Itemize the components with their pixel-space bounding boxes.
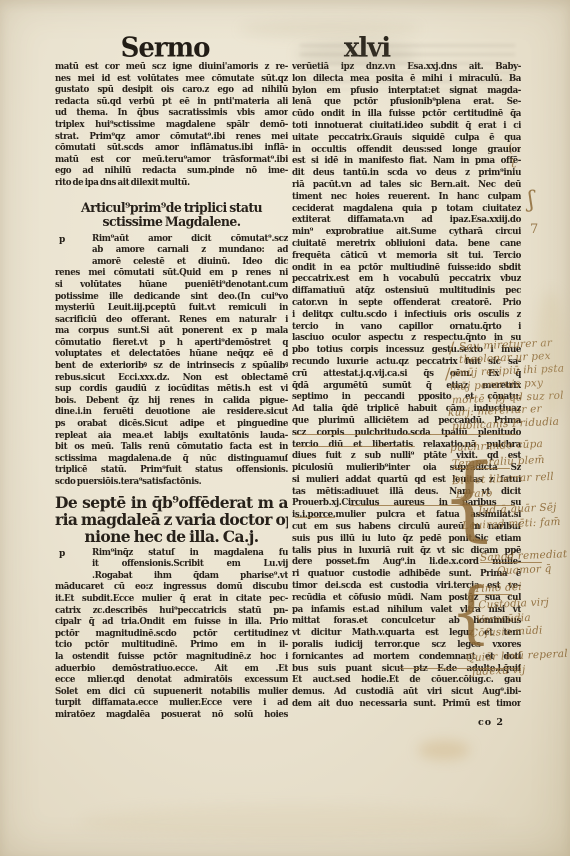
- marginalia-line: judexū vij: [472, 665, 526, 678]
- marginalia-line: Quamor q̄: [497, 564, 552, 577]
- ink-mark: ʅ: [510, 154, 516, 168]
- text-line: ab amore carnali z mundano: ad: [55, 245, 288, 257]
- text-line: tercio in vano capillor ornatu.q̄rto i: [292, 321, 521, 333]
- text-line: min⁹ exprobratiue ait.Sume cytharā circu…: [292, 227, 521, 239]
- text-line: ego ad nihilū redacta sum.pinde nō ime-: [55, 166, 288, 178]
- marginalia-line: Quiūr lexū reperal: [466, 649, 568, 664]
- heading-line: De septē in q̄b⁹offēderat m a: [55, 493, 288, 511]
- text-line: ceciderat magdalena quia p totam ciuitat…: [292, 203, 521, 215]
- text-line: gustato spū desipit ois caro.z ego ad ni…: [55, 85, 288, 97]
- text-line: it.Et subdit.Ecce mulier q̄ erat in cita…: [55, 594, 288, 606]
- text-line: repleat aia mea.et labijs exultatōnis la…: [55, 430, 288, 442]
- text-line: la ostendit fuisse pctōr magnitudinē.z h…: [55, 652, 288, 664]
- text-line: nes mei id est volūtates mee cōmutate sū…: [55, 73, 288, 85]
- text-line: dine.i.in feruēti deuotione aie residere…: [55, 407, 288, 419]
- text-line: demus. Ad custodiā aūt viri sicut Aug⁹.i…: [292, 687, 521, 699]
- book-page: Sermo xlvi matū est cor meū scz igne diu…: [0, 0, 570, 856]
- heading-line: nione hec de illa. Ca.j.: [55, 527, 288, 545]
- paper-stain: [240, 20, 420, 38]
- ink-mark: {: [440, 444, 499, 551]
- paper-stain: [80, 805, 500, 839]
- text-line: scdo puersiōis.tera⁹satisfactōnis.: [55, 477, 288, 489]
- heading-line: Articul⁹prim⁹de triplici statu: [55, 200, 288, 215]
- text-line: strat. Prim⁹qz amor cōmutat⁹.ibi renes m…: [55, 131, 288, 143]
- text-line: i delitqx cultu.scdo i infectiuis oris o…: [292, 309, 521, 321]
- ink-mark: {: [450, 574, 492, 651]
- chapter-heading-articulus: Articul⁹prim⁹de triplici statusctissime …: [55, 201, 288, 230]
- text-line: it offensionis.Scribit em Lu.vij: [55, 559, 288, 571]
- text-line: triplicē statū. Prim⁹fuit status offensi…: [55, 465, 288, 477]
- text-line: aduerbio demōstratiuo.ecce. Ait em .Et: [55, 663, 288, 675]
- text-line: cūdo ondit in illa fuisse pctōr certitud…: [292, 109, 521, 121]
- text-line: toti innotuerat ciuitati.ideo subdit q̄ …: [292, 121, 521, 133]
- text-line: cator.vn in septe offenderat creatorē. P…: [292, 298, 521, 310]
- text-line: voluptates et delectatōes hūane neq̄qz e…: [55, 349, 288, 361]
- text-line: dit deus tantū.in scda vo deus z prim⁹in…: [292, 168, 521, 180]
- marginalia-line: publicanis Fridudia: [452, 417, 560, 433]
- text-line: extiterat diffamata.vn ad ipaz.Esa.xxiij…: [292, 215, 521, 227]
- text-line: renes mei cōmutati sūt.Quid em p renes n…: [55, 268, 288, 280]
- text-line: bent de exterioribꝰ sz de intrinsecis z …: [55, 361, 288, 373]
- text-line: ma corpus sunt.Si aūt ponerent ex p mala: [55, 326, 288, 338]
- text-line: matū est cor meū scz igne diuini'amoris …: [55, 62, 288, 74]
- text-line: dem ait duo necessaria sunt. Primū est t…: [292, 699, 521, 711]
- left-intro-paragraph: matū est cor meū scz igne diuini'amoris …: [55, 62, 288, 190]
- paper-stain: [536, 290, 566, 420]
- text-line: timent nec hoies reuerent. In hanc culpa…: [292, 192, 521, 204]
- heading-line: ria magdaleā z varia doctor opi: [55, 510, 288, 528]
- text-line: potissime ille dedicande sint deo.(In cu…: [55, 291, 288, 303]
- text-line: sacrificiū deo offerant. Renes em natura…: [55, 314, 288, 326]
- text-line: diffamatiuū atq̄z ostensiuū multitudinis…: [292, 286, 521, 298]
- text-line: mysteriū Leuit.iij.pceptū fuit.vt remicu…: [55, 303, 288, 315]
- text-line: rebus.sicut Ecci.xxx.dz. Non est oblecta…: [55, 372, 288, 384]
- ink-mark: ʃ: [528, 188, 534, 213]
- paragraph-secundus: p Rim⁹inq̄z statuſ in magdalena fuit off…: [55, 548, 288, 722]
- text-line: ecce mlier.qd denotat admiratōis excessu…: [55, 675, 288, 687]
- text-line: lenā que pctōr pfusionib⁹plena erat. Se-: [292, 97, 521, 109]
- text-line: catrix zc.describēs hui⁹peccatricis stat…: [55, 605, 288, 617]
- text-line: ud thema. In q̄bus sacratissimis vbis am…: [55, 108, 288, 120]
- text-line: Rim⁹aūt amor dicit cōmutat⁹.scz: [55, 233, 288, 245]
- paragraph-primus: p Rim⁹aūt amor dicit cōmutat⁹.sczab amor…: [55, 234, 288, 489]
- heading-line: sctissime Magdalene.: [55, 215, 288, 230]
- text-line: sup cordis gaudiū z iocūditas mētis.h es…: [55, 384, 288, 396]
- text-line: cipalr q̄ ad tria.Ondit em fuisse in ill…: [55, 617, 288, 629]
- ink-mark: /: [449, 338, 454, 357]
- text-line: amorē celestē et diuinū. Ideo dic: [55, 256, 288, 268]
- chapter-heading-de-septem: De septē in q̄b⁹offēderat m aria magdale…: [55, 494, 288, 545]
- text-line: bit os meū. Talis renū cōmutatio facta e…: [55, 442, 288, 454]
- text-line: rito de ipa dns ait dilexit multū.: [55, 178, 288, 190]
- text-line: frequēta cāticū vt memoria sit tui. Terc…: [292, 251, 521, 263]
- text-line: tcio pctōr multitudinē. Primo em in il-: [55, 640, 288, 652]
- text-line: riā pacūt.vn ad tales sic Bern.ait. Nec …: [292, 180, 521, 192]
- text-line: ciuitatē meretrix obliuioni data. bene c…: [292, 239, 521, 251]
- text-line: Rim⁹inq̄z statuſ in magdalena fu: [55, 547, 288, 559]
- running-head-left: Sermo: [55, 32, 275, 64]
- text-line: est si idē in manifesto fiat. Nam in pma…: [292, 156, 521, 168]
- text-line: Solet em dici cū supuenerit notabilis mu…: [55, 686, 288, 698]
- left-column: matū est cor meū scz igne diuini'amoris …: [55, 62, 288, 722]
- text-line: ps orabat dicēs.Sicut adipe et pinguedin…: [55, 419, 288, 431]
- text-line: uitate peccatrix.Grauis siquidē culpa ē …: [292, 133, 521, 145]
- ink-mark: (: [508, 141, 513, 155]
- paper-stain: [296, 42, 416, 66]
- text-line: si volūtates hūane pueniēti⁹denotant.cum: [55, 280, 288, 292]
- text-line: triplex hui⁹sctissime magdalene spālr de…: [55, 120, 288, 132]
- paper-stain: [418, 740, 470, 760]
- text-line: cōmutati sūt.scds amor inflāmatus.ibi in…: [55, 143, 288, 155]
- text-line: peccatrix.est em h vocabulū peccatrix vb…: [292, 274, 521, 286]
- text-line: matū est cor meū.teru⁹amor trāsformat⁹.i…: [55, 155, 288, 167]
- quire-signature: co 2: [478, 717, 504, 728]
- text-line: lon dilecta mea posita ē mihi i miraculū…: [292, 74, 521, 86]
- ink-mark: 7: [530, 222, 538, 237]
- text-line: ondit in ea pctōr multiudinē fuisse:ido …: [292, 262, 521, 274]
- text-line: miratōez magdalēa posuerat nō solū hoies: [55, 710, 288, 722]
- text-line: pctōr magnitudinē.scdo pctōr certitudine…: [55, 629, 288, 641]
- ink-mark: /: [445, 364, 450, 383]
- text-line: turpit diffamata.ecce mulier.Ecce vere i…: [55, 698, 288, 710]
- text-line: māducaret cū eo:z ingressus domū discubu: [55, 582, 288, 594]
